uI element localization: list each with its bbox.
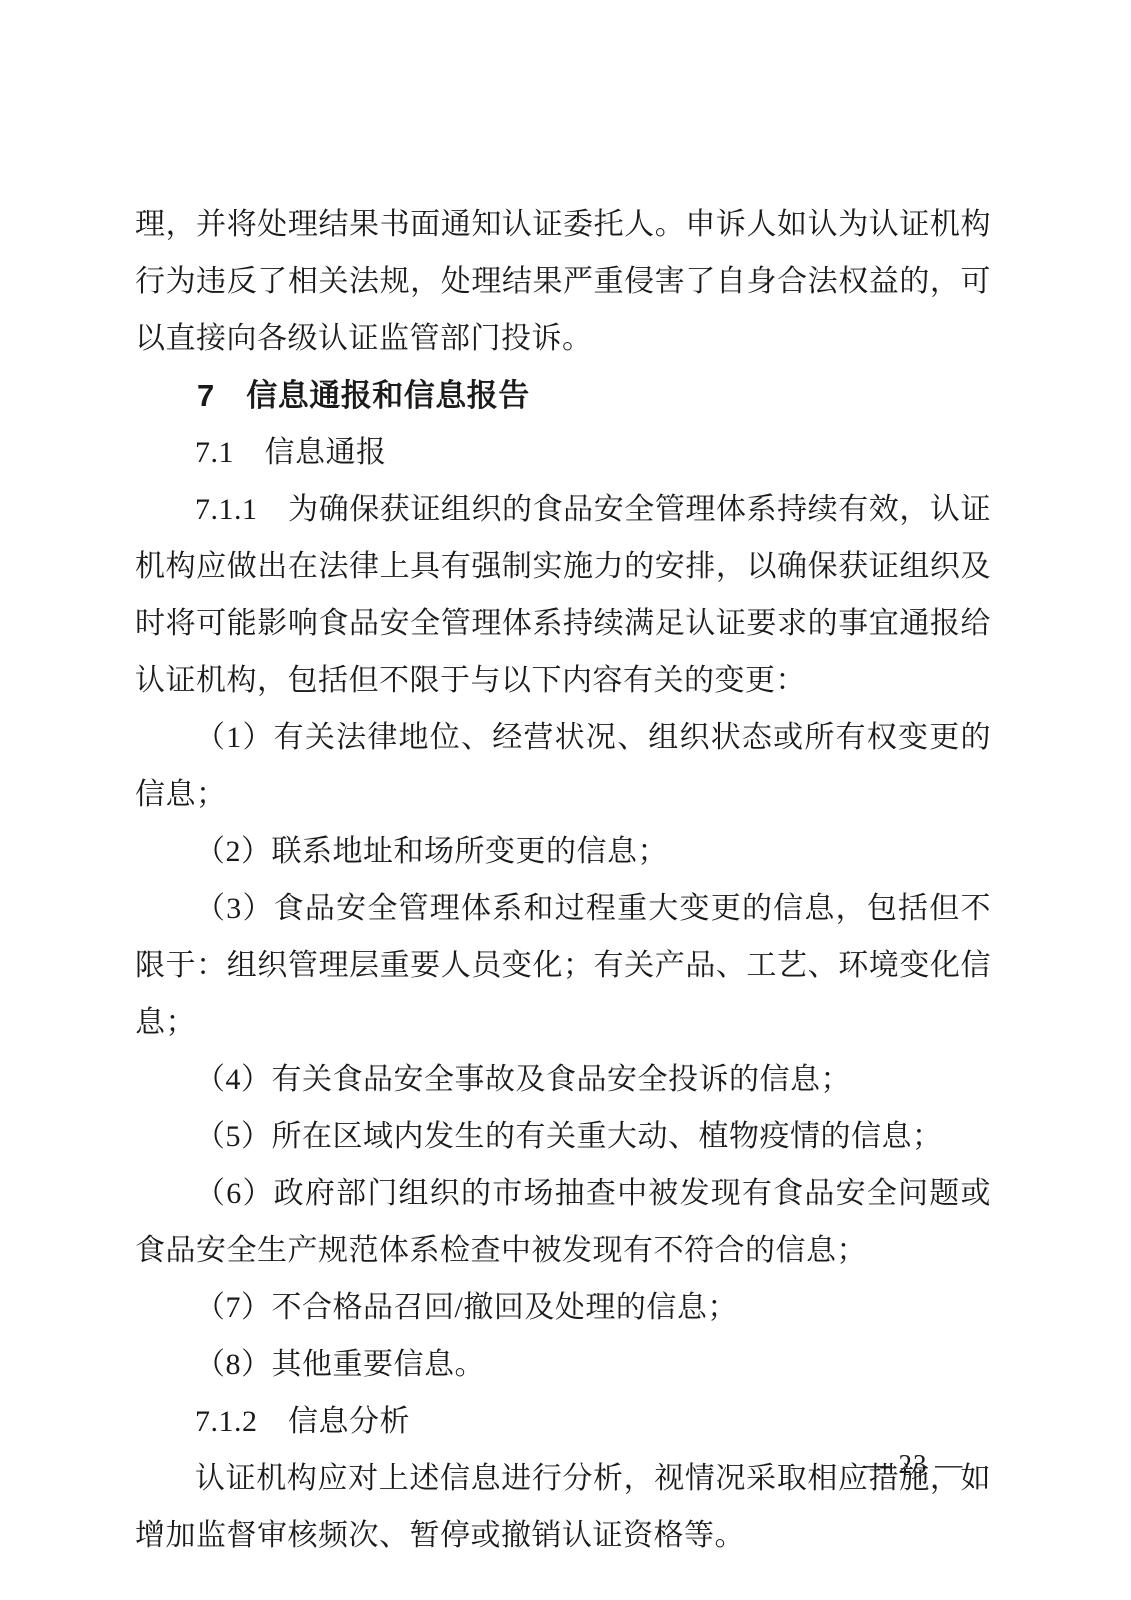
heading-7-information-reporting: 7 信息通报和信息报告 [135, 367, 991, 424]
list-item-4-safety-incidents: （4）有关食品安全事故及食品安全投诉的信息； [135, 1051, 991, 1108]
list-item-3-system-major-changes: （3）食品安全管理体系和过程重大变更的信息，包括但不限于：组织管理层重要人员变化… [135, 880, 991, 1051]
page-number: — 23 — [838, 1444, 988, 1484]
document-page: 理，并将处理结果书面通知认证委托人。申诉人如认为认证机构行为违反了相关法规，处理… [0, 0, 1131, 1600]
list-item-1-legal-status: （1）有关法律地位、经营状况、组织状态或所有权变更的信息； [135, 709, 991, 823]
paragraph-complaint-handling: 理，并将处理结果书面通知认证委托人。申诉人如认为认证机构行为违反了相关法规，处理… [135, 196, 991, 367]
list-item-7-recall-information: （7）不合格品召回/撤回及处理的信息； [135, 1279, 991, 1336]
list-item-6-market-inspection: （6）政府部门组织的市场抽查中被发现有食品安全问题或食品安全生产规范体系检查中被… [135, 1165, 991, 1279]
paragraph-7-1-1-certification-body: 7.1.1 为确保获证组织的食品安全管理体系持续有效，认证机构应做出在法律上具有… [135, 481, 991, 709]
list-item-8-other-information: （8）其他重要信息。 [135, 1336, 991, 1393]
list-item-2-contact-address: （2）联系地址和场所变更的信息； [135, 823, 991, 880]
list-item-5-epidemic-information: （5）所在区域内发生的有关重大动、植物疫情的信息； [135, 1108, 991, 1165]
heading-7-1-information-notification: 7.1 信息通报 [135, 424, 991, 481]
heading-7-1-2-information-analysis: 7.1.2 信息分析 [135, 1393, 991, 1450]
document-body: 理，并将处理结果书面通知认证委托人。申诉人如认为认证机构行为违反了相关法规，处理… [135, 196, 991, 1564]
